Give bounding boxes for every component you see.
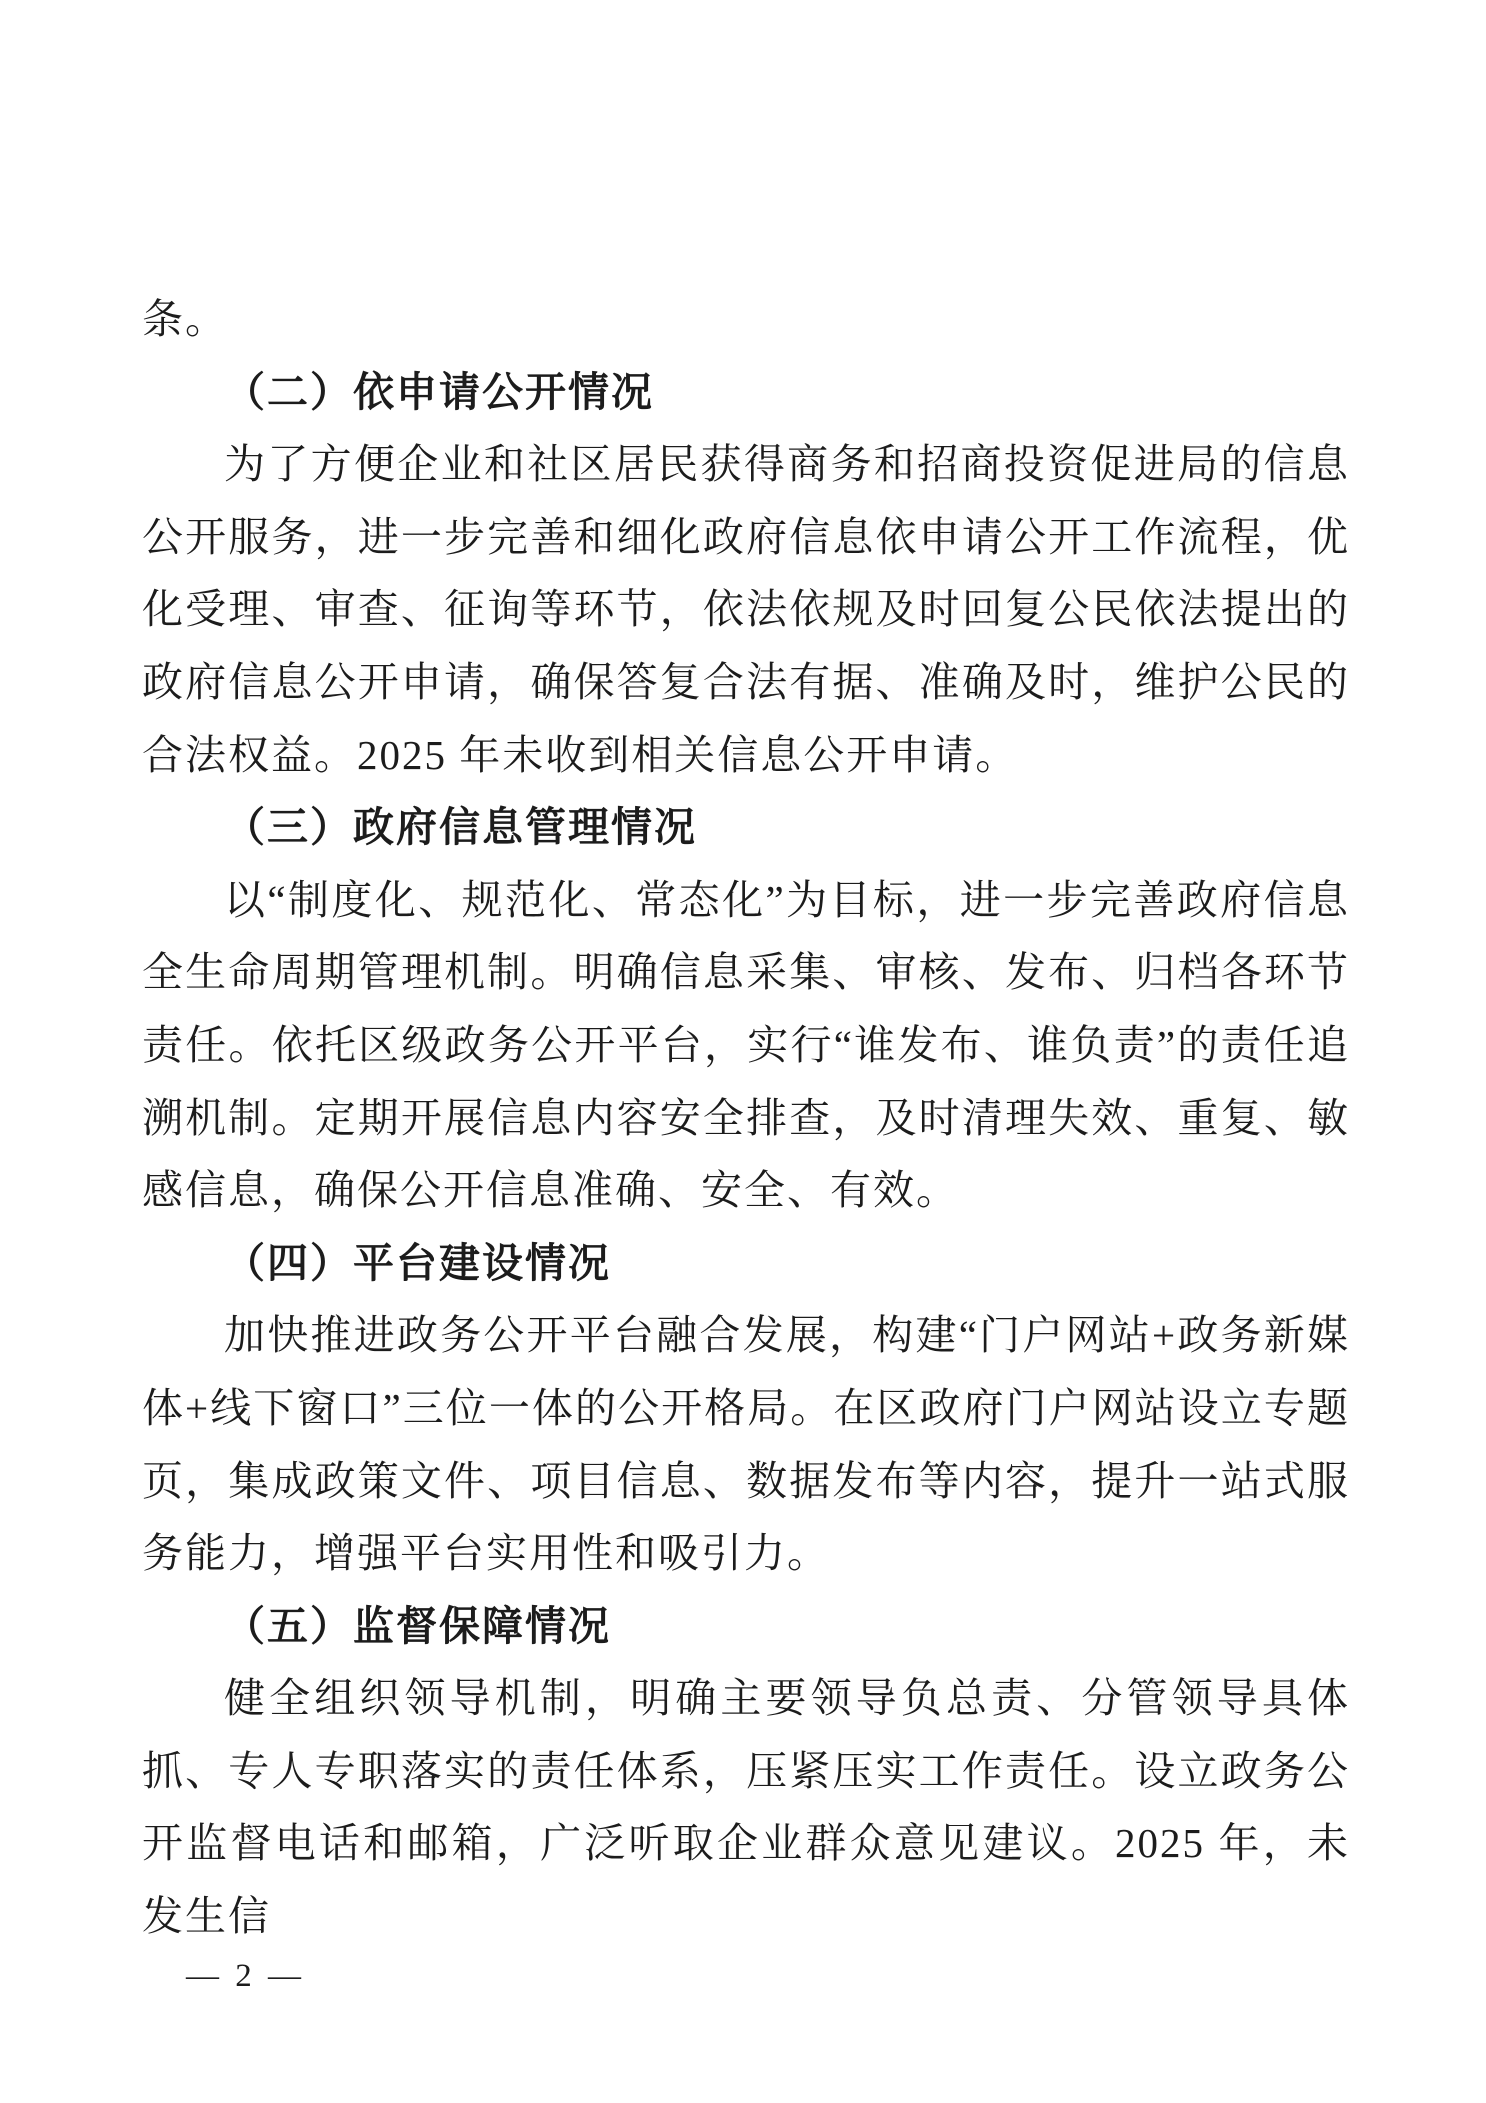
document-page: 条。 （二）依申请公开情况 为了方便企业和社区居民获得商务和招商投资促进局的信息… <box>0 0 1486 2103</box>
section-paragraph-5: 健全组织领导机制，明确主要领导负总责、分管领导具体抓、专人专职落实的责任体系，压… <box>142 1662 1350 1952</box>
section-heading-4: （四）平台建设情况 <box>142 1227 1350 1300</box>
continuation-line: 条。 <box>142 296 228 342</box>
section-paragraph-4: 加快推进政务公开平台融合发展，构建“门户网站+政务新媒体+线下窗口”三位一体的公… <box>142 1299 1350 1589</box>
document-content: 条。 （二）依申请公开情况 为了方便企业和社区居民获得商务和招商投资促进局的信息… <box>142 283 1350 1953</box>
section-paragraph-3: 以“制度化、规范化、常态化”为目标，进一步完善政府信息全生命周期管理机制。明确信… <box>142 864 1350 1227</box>
continuation-text: 条。 <box>142 283 1350 356</box>
section-heading-2: （二）依申请公开情况 <box>142 356 1350 429</box>
section-heading-3: （三）政府信息管理情况 <box>142 791 1350 864</box>
section-heading-5: （五）监督保障情况 <box>142 1590 1350 1663</box>
page-number: — 2 — <box>186 1958 305 1995</box>
section-paragraph-2: 为了方便企业和社区居民获得商务和招商投资促进局的信息公开服务，进一步完善和细化政… <box>142 428 1350 791</box>
